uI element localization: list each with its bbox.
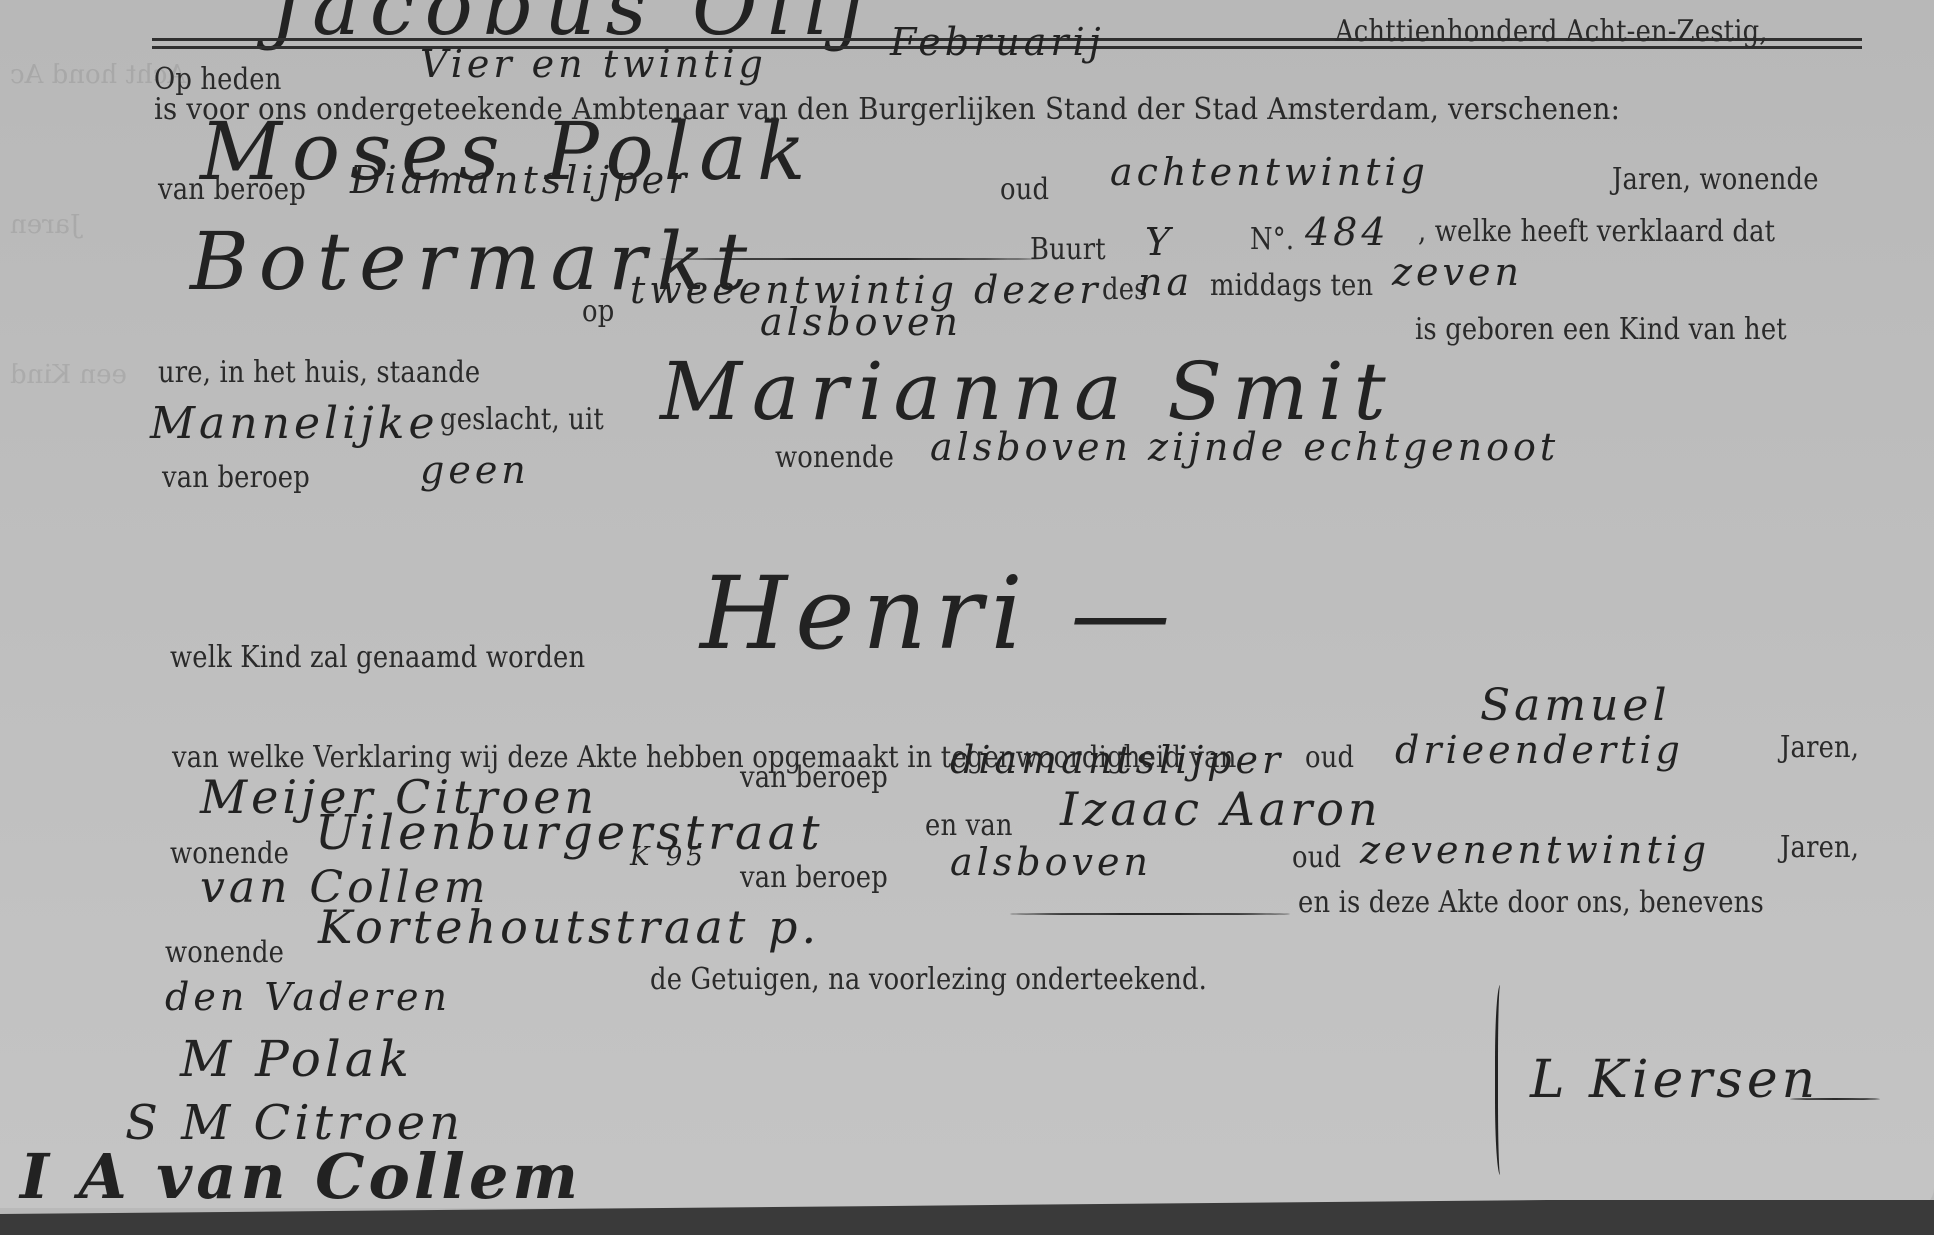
- print-geboren: is geboren een Kind van het: [1415, 312, 1787, 347]
- print-jaren: Jaren,: [1780, 730, 1859, 765]
- bleed-through-text: een Kind: [10, 360, 127, 390]
- hand-witness2-street: Kortehoutstraat p.: [318, 900, 820, 954]
- hand-witness2-first: Izaac Aaron: [1060, 782, 1382, 836]
- print-ure-huis: ure, in het huis, staande: [158, 355, 480, 390]
- registrar-flourish: [1790, 1098, 1880, 1100]
- hand-buurt: Y: [1145, 220, 1174, 264]
- hand-mother-residence: alsboven zijnde echtgenoot: [930, 425, 1559, 469]
- hand-kw-number: K 95: [630, 842, 707, 872]
- hand-witness2-age: zevenentwintig: [1360, 828, 1710, 872]
- print-akte-door-ons: en is deze Akte door ons, benevens: [1298, 885, 1764, 920]
- print-op: op: [582, 294, 614, 329]
- print-van-beroep: van beroep: [158, 172, 306, 207]
- print-oud: oud: [1000, 172, 1049, 207]
- hand-witness1-street: Uilenburgerstraat: [315, 805, 824, 861]
- hand-sex: Mannelijke: [150, 398, 439, 449]
- print-geslacht: geslacht, uit: [440, 402, 604, 437]
- hand-day: Vier en twintig: [420, 42, 767, 86]
- signature-witness2: I A van Collem: [20, 1140, 582, 1213]
- hand-witness1-occupation: diamantslijper: [950, 738, 1284, 782]
- signature-father: M Polak: [180, 1030, 413, 1088]
- print-year: Achttienhonderd Acht-en-Zestig,: [1335, 14, 1768, 49]
- print-genaamd: welk Kind zal genaamd worden: [170, 640, 585, 675]
- filler-stroke: [1010, 913, 1290, 915]
- print-en-van: en van: [925, 808, 1013, 843]
- hand-witness2-occupation: alsboven: [950, 840, 1152, 884]
- hand-den-vaderen: den Vaderen: [165, 975, 451, 1019]
- print-no: N°.: [1250, 222, 1294, 257]
- print-oud: oud: [1305, 740, 1354, 775]
- registrar-brace: [1495, 985, 1508, 1175]
- print-van-beroep: van beroep: [740, 760, 888, 795]
- hand-house-number: 484: [1305, 210, 1390, 254]
- signature-registrar: L Kiersen: [1530, 1050, 1819, 1110]
- certificate-page: Acht hond Ac Jaren een Kind Jacobus Olij…: [0, 0, 1934, 1208]
- print-buurt: Buurt: [1030, 232, 1106, 267]
- print-middags: middags ten: [1210, 268, 1373, 303]
- print-van-beroep: van beroep: [740, 860, 888, 895]
- print-verklaard: , welke heeft verklaard dat: [1418, 214, 1775, 249]
- hand-mother-occupation: geen: [420, 448, 530, 492]
- hand-father-age: achtentwintig: [1110, 150, 1429, 194]
- hand-father-occupation: Diamantslijper: [350, 158, 690, 202]
- print-wonende: wonende: [775, 440, 894, 475]
- hand-child-name: Henri —: [700, 555, 1178, 672]
- bleed-through-text: Jaren: [10, 210, 80, 240]
- print-oud: oud: [1292, 840, 1341, 875]
- hand-witness1-first: Samuel: [1480, 680, 1671, 731]
- print-jaren-wonende: Jaren, wonende: [1612, 162, 1819, 197]
- print-getuigen: de Getuigen, na voorlezing onderteekend.: [650, 962, 1207, 997]
- hand-des: na: [1138, 260, 1193, 304]
- hand-month: Februarij: [890, 20, 1105, 64]
- print-wonende: wonende: [165, 935, 284, 970]
- print-van-beroep: van beroep: [162, 460, 310, 495]
- hand-birth-hour: zeven: [1392, 250, 1523, 294]
- hand-alsboven: alsboven: [760, 300, 962, 344]
- hand-witness1-age: drieendertig: [1395, 728, 1684, 772]
- print-jaren: Jaren,: [1780, 830, 1859, 865]
